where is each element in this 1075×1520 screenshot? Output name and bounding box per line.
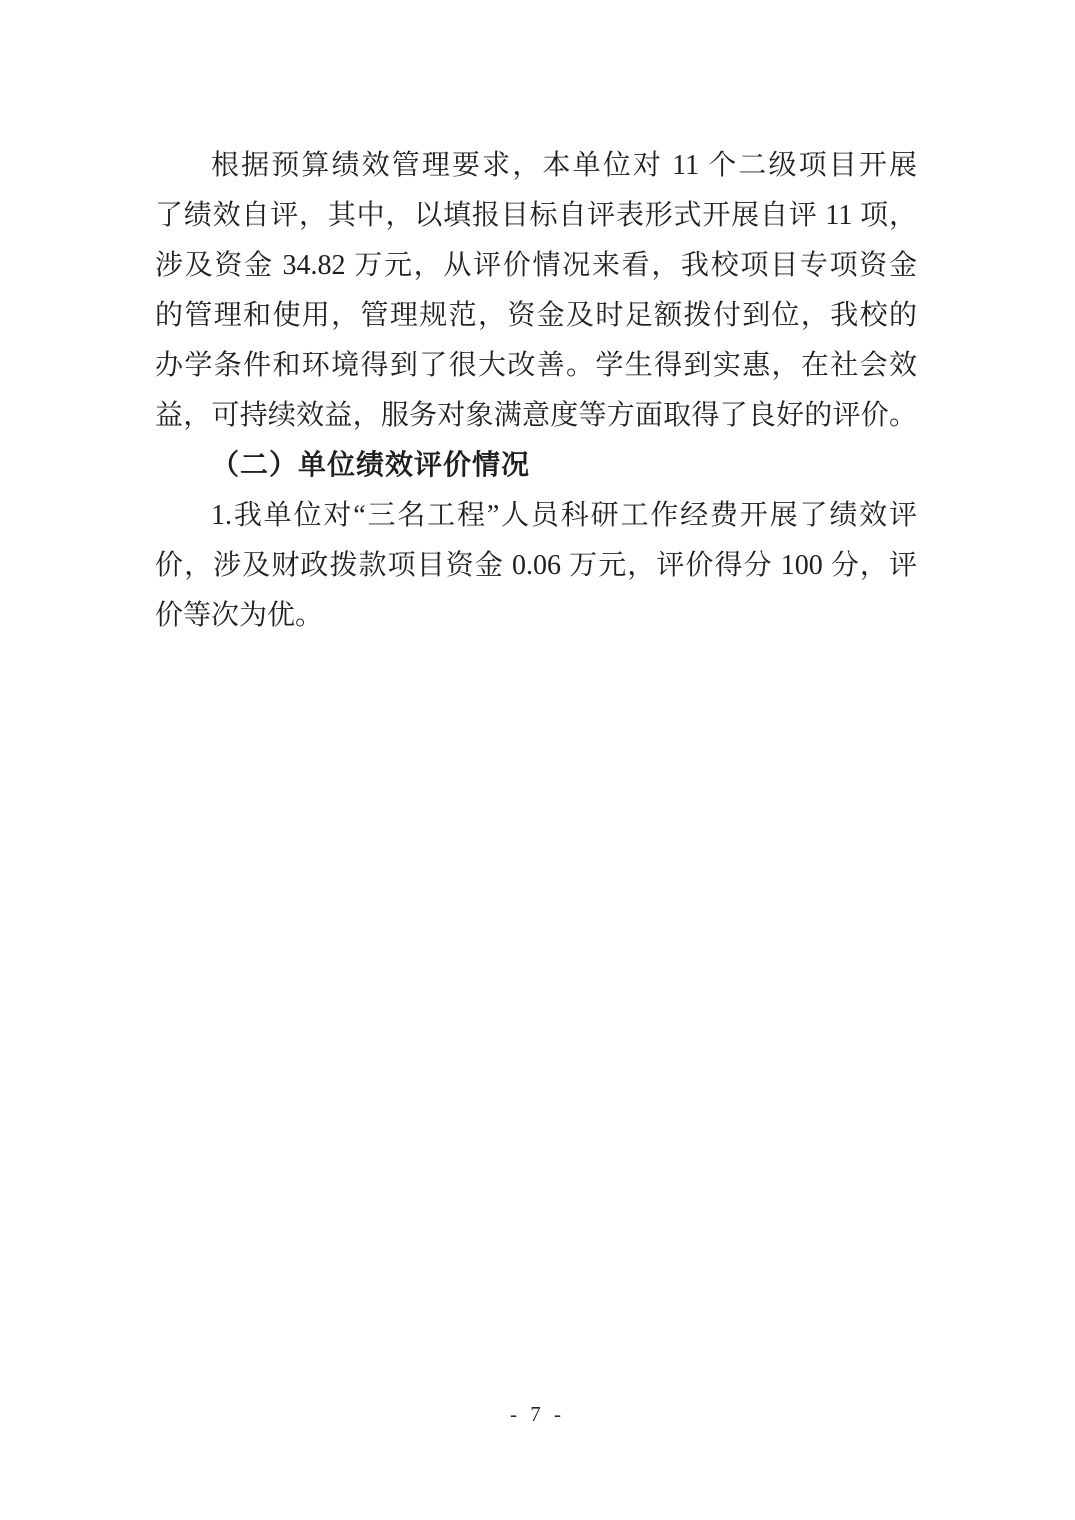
document-page: 根据预算绩效管理要求，本单位对 11 个二级项目开展 了绩效自评，其中，以填报目… bbox=[0, 0, 1075, 1520]
page-number: - 7 - bbox=[0, 1402, 1075, 1427]
text-line: 价，涉及财政拨款项目资金 0.06 万元，评价得分 100 分，评 bbox=[155, 541, 917, 591]
text-line: 涉及资金 34.82 万元，从评价情况来看，我校项目专项资金 bbox=[155, 241, 917, 291]
text-line: 价等次为优。 bbox=[155, 591, 917, 641]
text-line: 1.我单位对“三名工程”人员科研工作经费开展了绩效评 bbox=[155, 491, 917, 541]
text-line: 办学条件和环境得到了很大改善。学生得到实惠，在社会效 bbox=[155, 341, 917, 391]
text-line: 根据预算绩效管理要求，本单位对 11 个二级项目开展 bbox=[155, 141, 917, 191]
text-line: 了绩效自评，其中，以填报目标自评表形式开展自评 11 项， bbox=[155, 191, 917, 241]
text-line: 益，可持续效益，服务对象满意度等方面取得了良好的评价。 bbox=[155, 391, 917, 441]
text-line: 的管理和使用，管理规范，资金及时足额拨付到位，我校的 bbox=[155, 291, 917, 341]
document-body: 根据预算绩效管理要求，本单位对 11 个二级项目开展 了绩效自评，其中，以填报目… bbox=[155, 141, 917, 641]
section-heading: （二）单位绩效评价情况 bbox=[155, 441, 917, 491]
